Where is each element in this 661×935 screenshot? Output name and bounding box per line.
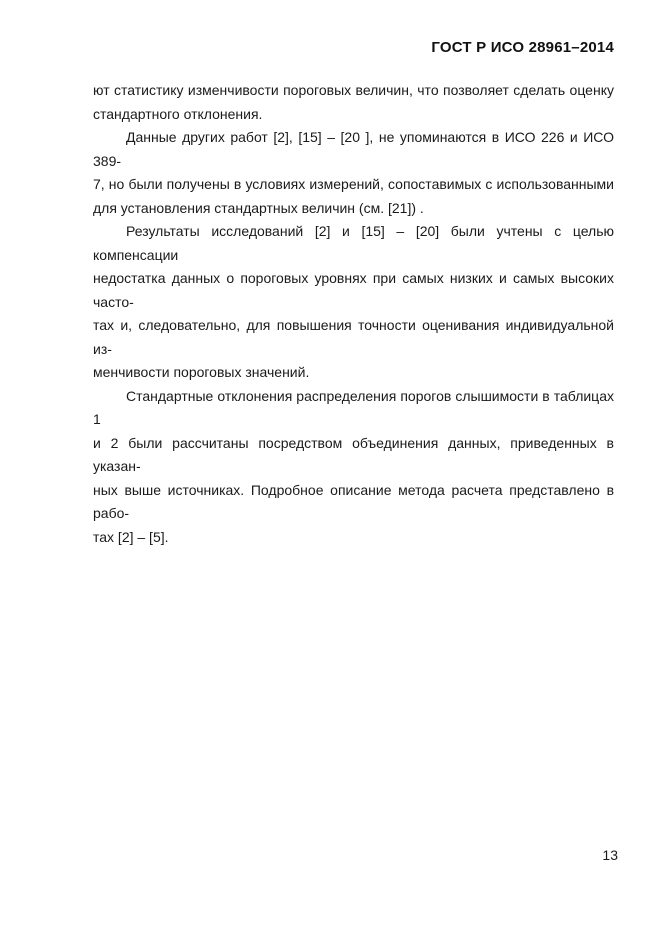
paragraph: Результаты исследований [2] и [15] – [20… [93,220,614,385]
paragraph: Данные других работ [2], [15] – [20 ], н… [93,126,614,220]
text-line: для установления стандартных величин (см… [93,197,614,221]
text-line: ных выше источниках. Подробное описание … [93,479,614,526]
text-line: менчивости пороговых значений. [93,361,614,385]
paragraph: Стандартные отклонения распределения пор… [93,385,614,550]
text-line: и 2 были рассчитаны посредством объедине… [93,432,614,479]
text-line: стандартного отклонения. [93,103,614,127]
text-line: тах [2] – [5]. [93,526,614,550]
document-page: ГОСТ Р ИСО 28961–2014 ют статистику изме… [0,0,661,935]
text-line: тах и, следовательно, для повышения точн… [93,314,614,361]
document-body: ют статистику изменчивости пороговых вел… [93,79,614,549]
paragraph: ют статистику изменчивости пороговых вел… [93,79,614,126]
text-line: Результаты исследований [2] и [15] – [20… [93,220,614,267]
text-line: недостатка данных о пороговых уровнях пр… [93,267,614,314]
page-number: 13 [93,847,618,864]
text-line: 7, но были получены в условиях измерений… [93,173,614,197]
text-line: Данные других работ [2], [15] – [20 ], н… [93,126,614,173]
text-line: ют статистику изменчивости пороговых вел… [93,79,614,103]
text-line: Стандартные отклонения распределения пор… [93,385,614,432]
running-header: ГОСТ Р ИСО 28961–2014 [93,39,614,56]
